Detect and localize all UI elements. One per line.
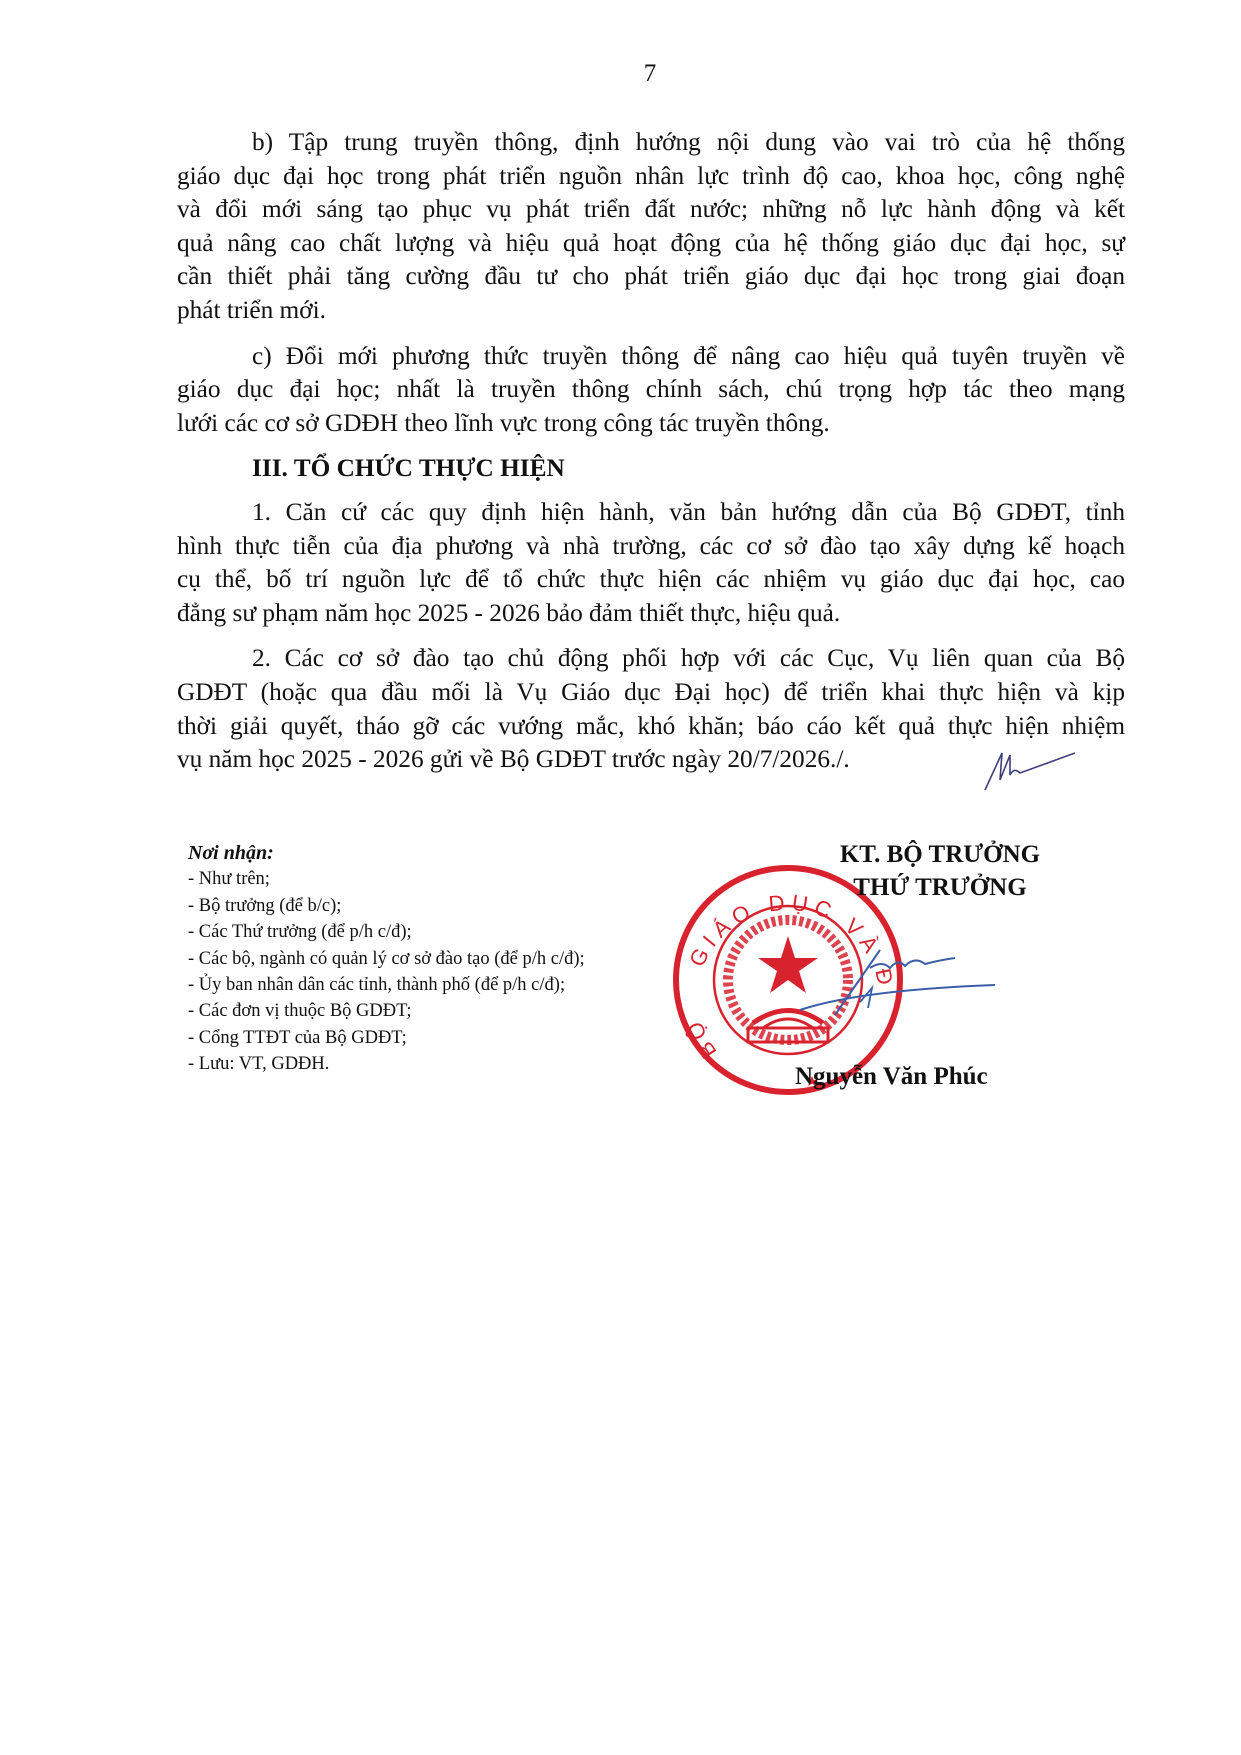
text-line: thời giải quyết, tháo gỡ các vướng mắc, …	[177, 710, 1125, 744]
recipient-item: - Các bộ, ngành có quản lý cơ sở đào tạo…	[188, 946, 585, 972]
text-line: giáo dục đại học trong phát triển nguồn …	[177, 160, 1125, 194]
paragraph-item-1: 1. Căn cứ các quy định hiện hành, văn bả…	[177, 496, 1125, 630]
text-line: giáo dục đại học; nhất là truyền thông c…	[177, 373, 1125, 407]
recipients-title: Nơi nhận:	[188, 840, 585, 866]
recipient-item: - Lưu: VT, GDĐH.	[188, 1051, 585, 1077]
text-line: và đổi mới sáng tạo phục vụ phát triển đ…	[177, 193, 1125, 227]
text-line: cần thiết phải tăng cường đầu tư cho phá…	[177, 260, 1125, 294]
text-line: 2. Các cơ sở đào tạo chủ động phối hợp v…	[177, 642, 1125, 676]
recipient-item: - Cổng TTĐT của Bộ GDĐT;	[188, 1025, 585, 1051]
text-line: quả nâng cao chất lượng và hiệu quả hoạt…	[177, 227, 1125, 261]
text-line: cụ thể, bố trí nguồn lực để tổ chức thực…	[177, 563, 1125, 597]
handwritten-signature-icon	[770, 930, 1000, 1020]
recipient-item: - Các đơn vị thuộc Bộ GDĐT;	[188, 998, 585, 1024]
text-line: 1. Căn cứ các quy định hiện hành, văn bả…	[177, 496, 1125, 530]
text-line: GDĐT (hoặc qua đầu mối là Vụ Giáo dục Đạ…	[177, 676, 1125, 710]
recipient-item: - Ủy ban nhân dân các tỉnh, thành phố (đ…	[188, 972, 585, 998]
text-line: c) Đổi mới phương thức truyền thông để n…	[177, 340, 1125, 374]
initial-signature-icon	[980, 745, 1080, 795]
signer-name: Nguyễn Văn Phúc	[795, 1063, 988, 1091]
recipient-item: - Các Thứ trưởng (để p/h c/đ);	[188, 919, 585, 945]
svg-text:BỘ: BỘ	[681, 1015, 722, 1063]
recipient-item: - Bộ trưởng (để b/c);	[188, 893, 585, 919]
text-line: hình thực tiễn của địa phương và nhà trư…	[177, 530, 1125, 564]
text-line: lưới các cơ sở GDĐH theo lĩnh vực trong …	[177, 407, 1125, 441]
document-body: b) Tập trung truyền thông, định hướng nộ…	[177, 126, 1125, 789]
signature-title-line1: KT. BỘ TRƯỞNG	[750, 838, 1130, 871]
paragraph-c: c) Đổi mới phương thức truyền thông để n…	[177, 340, 1125, 441]
recipient-item: - Như trên;	[188, 866, 585, 892]
paragraph-b: b) Tập trung truyền thông, định hướng nộ…	[177, 126, 1125, 328]
signature-block: KT. BỘ TRƯỞNG THỨ TRƯỞNG	[750, 838, 1130, 904]
recipients-list: Nơi nhận: - Như trên; - Bộ trưởng (để b/…	[188, 840, 585, 1078]
page-number: 7	[0, 60, 1241, 88]
text-line: đẳng sư phạm năm học 2025 - 2026 bảo đảm…	[177, 597, 1125, 631]
signature-title-line2: THỨ TRƯỞNG	[750, 871, 1130, 904]
text-line: b) Tập trung truyền thông, định hướng nộ…	[177, 126, 1125, 160]
section-heading: III. TỔ CHỨC THỰC HIỆN	[252, 452, 1125, 486]
text-line: phát triển mới.	[177, 294, 1125, 328]
